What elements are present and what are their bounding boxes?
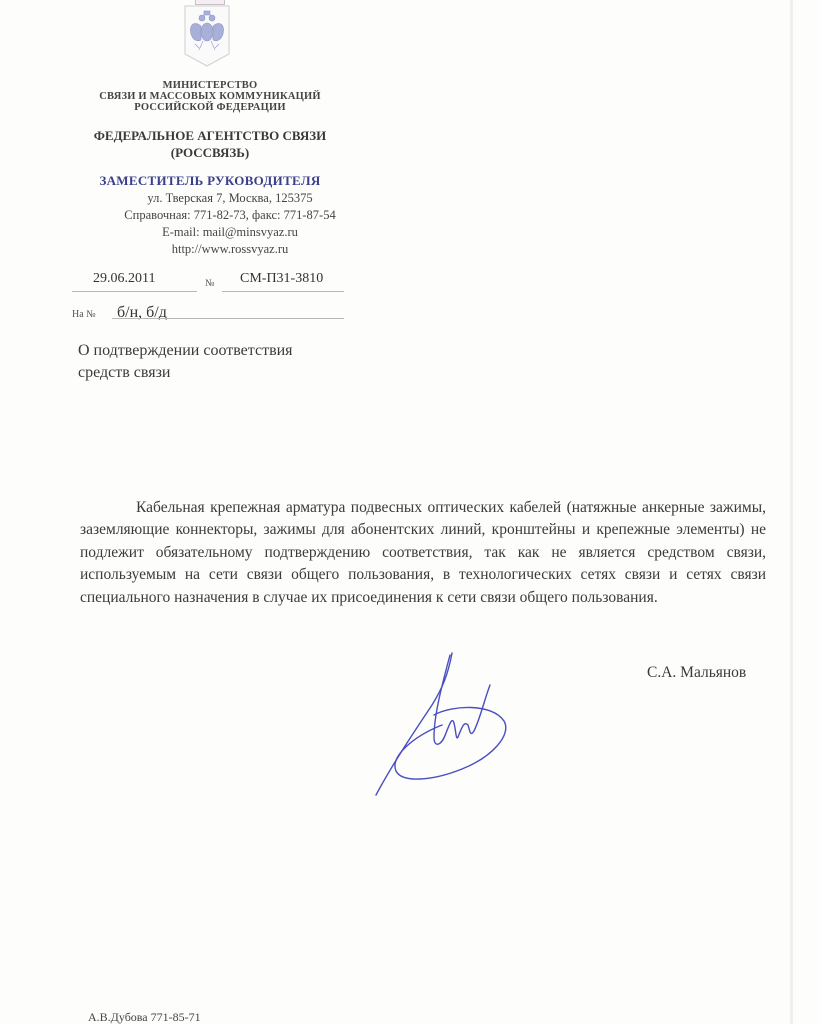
subject-line: средств связи xyxy=(78,362,293,384)
letter-subject: О подтверждении соответствия средств свя… xyxy=(78,340,293,384)
letterhead: МИНИСТЕРСТВО СВЯЗИ И МАССОВЫХ КОММУНИКАЦ… xyxy=(60,80,360,257)
number-underline xyxy=(222,291,344,292)
address: ул. Тверская 7, Москва, 125375 xyxy=(100,191,360,206)
position-title: ЗАМЕСТИТЕЛЬ РУКОВОДИТЕЛЯ xyxy=(60,173,360,189)
email: E-mail: mail@minsvyaz.ru xyxy=(100,225,360,240)
russian-coat-of-arms-icon xyxy=(183,4,231,68)
agency-line: (РОССВЯЗЬ) xyxy=(60,144,360,161)
phones: Справочная: 771-82-73, факс: 771-87-54 xyxy=(100,208,360,223)
page-edge xyxy=(790,0,793,1024)
subject-line: О подтверждении соответствия xyxy=(78,340,293,362)
reply-to-value: б/н, б/д xyxy=(117,304,167,322)
website: http://www.rossvyaz.ru xyxy=(100,242,360,257)
letter-date: 29.06.2011 xyxy=(93,271,155,287)
ministry-line: СВЯЗИ И МАССОВЫХ КОММУНИКАЦИЙ xyxy=(60,91,360,102)
letter-body: Кабельная крепежная арматура подвесных о… xyxy=(80,497,766,609)
ministry-line: РОССИЙСКОЙ ФЕДЕРАЦИИ xyxy=(60,102,360,113)
reply-to-underline xyxy=(112,318,344,319)
reply-to-label: На № xyxy=(72,309,96,320)
ministry-name: МИНИСТЕРСТВО СВЯЗИ И МАССОВЫХ КОММУНИКАЦ… xyxy=(60,80,360,113)
agency-line: ФЕДЕРАЛЬНОЕ АГЕНТСТВО СВЯЗИ xyxy=(60,127,360,144)
handwritten-signature-icon xyxy=(372,645,512,805)
date-underline xyxy=(72,291,197,292)
letter-number: СМ-П31-3810 xyxy=(240,271,323,287)
ministry-line: МИНИСТЕРСТВО xyxy=(60,80,360,91)
agency-name: ФЕДЕРАЛЬНОЕ АГЕНТСТВО СВЯЗИ (РОССВЯЗЬ) xyxy=(60,127,360,161)
executor-contact: А.В.Дубова 771-85-71 xyxy=(88,1010,201,1024)
signer-name: С.А. Мальянов xyxy=(647,664,746,682)
number-label: № xyxy=(205,278,215,289)
